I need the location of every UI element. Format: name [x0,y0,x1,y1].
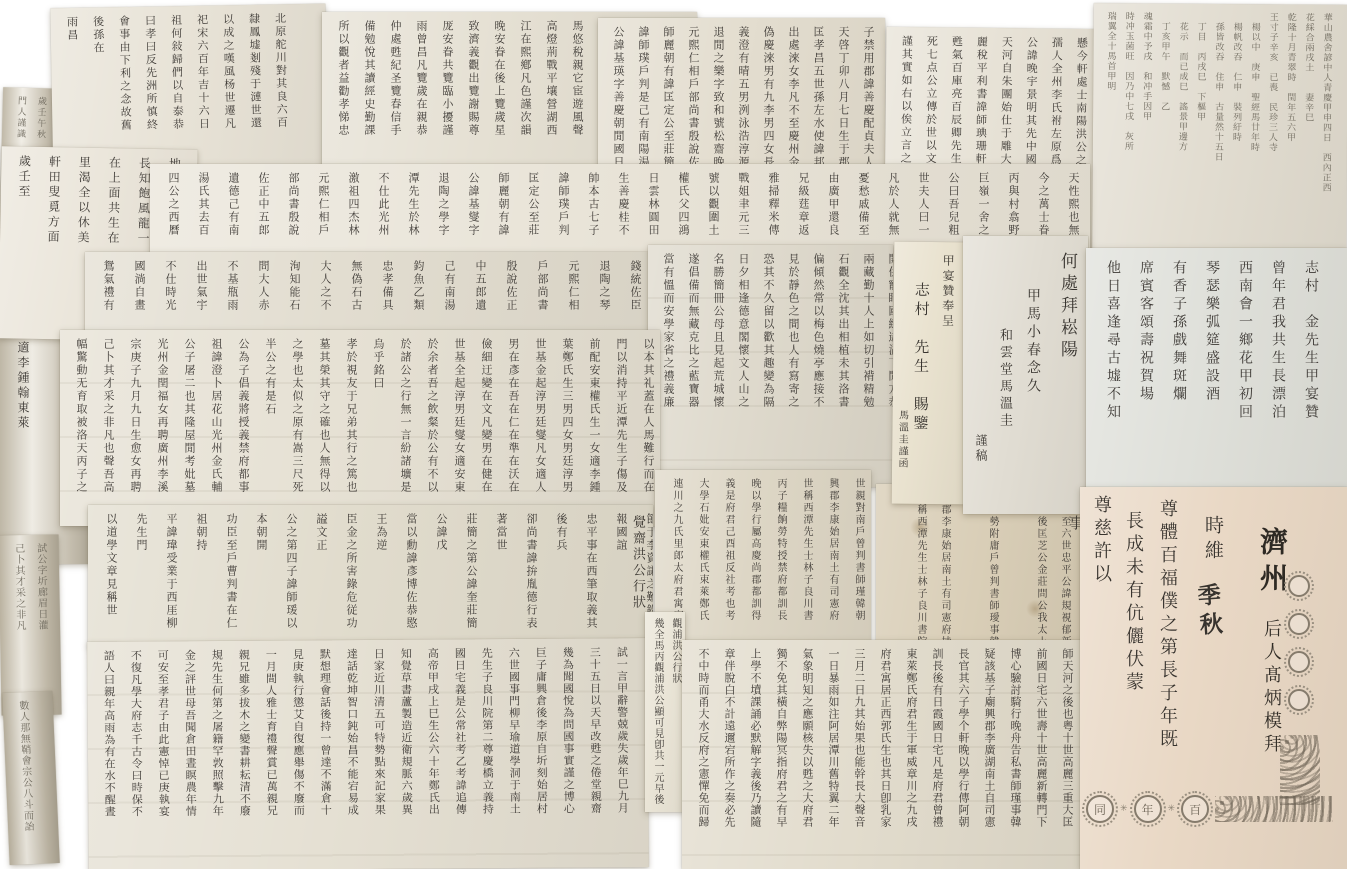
seal-medallion-icon: 年 [1134,795,1162,823]
manuscript-text: 試公字圻廊眉日灌 己卜其才采之非凡 [0,534,62,715]
poem-closing-sheet: 何處拜崧陽 甲馬小春念久 和雲堂馬溫圭 謹稿 [963,236,1088,514]
manuscript-text: 世親對南戶曾判書師瑾韓朝 興郡李康始居南土有司憲府 世稱西潭先生士林子良川書 丙… [655,470,871,646]
cursive-draft-sheet: 華山農舍諺中人青慶甲申四日 西內正西 花綵合兩戌土 妻辛巳 乾隆十月青翠時 閏年… [1092,3,1347,257]
manuscript-sheet-mid-right: 世親對南戶曾判書師瑾韓朝 興郡李康始居南土有司憲府 世稱西潭先生士林子良川書 丙… [655,470,871,646]
manuscript-text: 公諱東顯于致福其先南陽人 貞觀癸卯高句麗榮留王請之 士唐宗所遣八學士中諱殷悅 村… [88,505,653,647]
manuscript-text: 觀浦洪公行狀 幾全馬丙觀浦洪公顯可見卽共一元早後 [645,612,685,812]
manuscript-text: 華山農舍諺中人青慶甲申四日 西內正西 花綵合兩戌土 妻辛巳 乾隆十月青翠時 閏年… [1092,3,1344,257]
letter-border-bottom: 同 ✳ 年 ✳ 百 [1086,795,1333,823]
seal-medallion-icon [1288,689,1310,711]
manuscript-sheet-bottom-left: 試一言甲辭警兢歲失歲年巳九月 三十五日以天早改甦之倦堂親齋 幾為聞國悅為問國事實… [87,638,649,869]
seal-medallion-icon: 同 [1086,795,1114,823]
letter-line-simyu: 時維 [1200,515,1227,565]
manuscript-text: 師天河之後也粤十世高麗三重大匡 前國日宅六世壽十世高麗新轉門下 博心驗討騎行晚舟… [682,640,1088,869]
letter-place-name: 濟州 [1252,527,1292,599]
poem-text: 志村 金先生甲宴贊 曾年君我共生長漂泊 西南會一鄉花甲初回 琴瑟樂弧筵盛設酒 有… [1086,248,1337,493]
poem-signoff: 謹稿 [973,434,990,464]
scroll-curl-lower-left: 試公字圻廊眉日灌 己卜其才采之非凡 [0,534,62,715]
envelope-line-right: 甲宴贊奉呈 [939,254,957,329]
envelope-addressee: 志村 先生 賜鑒 [910,282,933,434]
haengjang-biography-sheet: 公諱東顯于致福其先南陽人 貞觀癸卯高句麗榮留王請之 士唐宗所遣八學士中諱殷悅 村… [88,505,653,647]
manuscript-strip-band3: 錢統佐臣 退陶之琴 元熙仁相 戶部尚書 殷說佐正 中五郎遺 己有南湯 鈞魚乙類 … [85,252,648,340]
letter-line-3: 尊體百福僕之第長子年既 [1154,499,1180,752]
manuscript-sheet-band3-right: 開供寵睛國緻遙溢下閒方恭 兩藏勤十人上如切引褙精勉 石觀全沈其出相植未其洛書 偏… [648,245,893,487]
poem-closing-line: 何處拜崧陽 [1055,252,1080,362]
poem-author-line: 和雲堂馬溫圭 [995,328,1014,430]
scroll-curl-bottom-left: 數人那無鞘會宗公八斗而詒 [2,691,59,865]
gapyeonchan-poem-sheet: 志村 金先生甲宴贊 曾年君我共生長漂泊 西南會一鄉花甲初回 琴瑟樂弧筵盛設酒 有… [1086,248,1347,493]
letter-border-right [1288,575,1310,711]
border-connector-icon: ✳ [1120,797,1128,821]
letter-line-4: 長成未有伉儷伏蒙 [1120,511,1146,695]
seal-medallion-icon [1288,651,1310,673]
manuscript-text: 錢統佐臣 退陶之琴 元熙仁相 戶部尚書 殷說佐正 中五郎遺 己有南湯 鈞魚乙類 … [85,252,648,340]
seal-medallion-icon [1288,613,1310,635]
manuscript-text: 試一言甲辭警兢歲失歲年巳九月 三十五日以天早改甦之倦堂親齋 幾為聞國悅為問國事實… [87,638,645,869]
cloud-scroll-border-bottom [1215,796,1333,822]
manuscript-text: 數人那無鞘會宗公八斗而詒 [2,692,47,865]
decorated-letter-sheet: 濟州 后人髙炳模拜 時維 季秋 尊體百福僕之第長子年既 長成未有伉儷伏蒙 尊慈許… [1080,487,1347,869]
manuscript-sheet-middle: 以本其礼蓋在人馬難行而在 門以消持平近潭先生子傷及 前配安東權氏生一女適李鍾 葉… [60,330,660,526]
manuscript-sheet-bottom-right: 師天河之後也粤十世高麗三重大匡 前國日宅六世壽十世高麗新轉門下 博心驗討騎行晚舟… [682,640,1090,869]
seal-medallion-icon: 百 [1181,795,1209,823]
gwanpo-title-strip: 觀浦洪公行狀 幾全馬丙觀浦洪公顯可見卽共一元早後 [645,612,685,812]
envelope-gapyeonchan: 甲宴贊奉呈 志村 先生 賜鑒 馬溫圭謹函 [892,242,968,505]
photo-background: 歲壬午秋 門人謹識 安東權氏生一女適李鍾翰東萊 試公字圻廊眉日灌 己卜其才采之非… [0,0,1347,869]
letter-line-5: 尊慈許以 [1088,495,1114,587]
border-connector-icon: ✳ [1168,797,1176,821]
manuscript-text: 以本其礼蓋在人馬難行而在 門以消持平近潭先生子傷及 前配安東權氏生一女適李鍾 葉… [60,330,660,526]
seal-medallion-icon [1288,575,1310,597]
haengjang-title: 覺齋洪公行狀 [628,515,647,611]
envelope-sender: 馬溫圭謹函 [894,410,910,470]
poem-date-line: 甲馬小春念久 [1023,288,1043,396]
manuscript-text: 開供寵睛國緻遙溢下閒方恭 兩藏勤十人上如切引褙精勉 石觀全沈其出相植未其洛書 偏… [648,245,893,487]
letter-line-season: 季秋 [1190,582,1227,642]
